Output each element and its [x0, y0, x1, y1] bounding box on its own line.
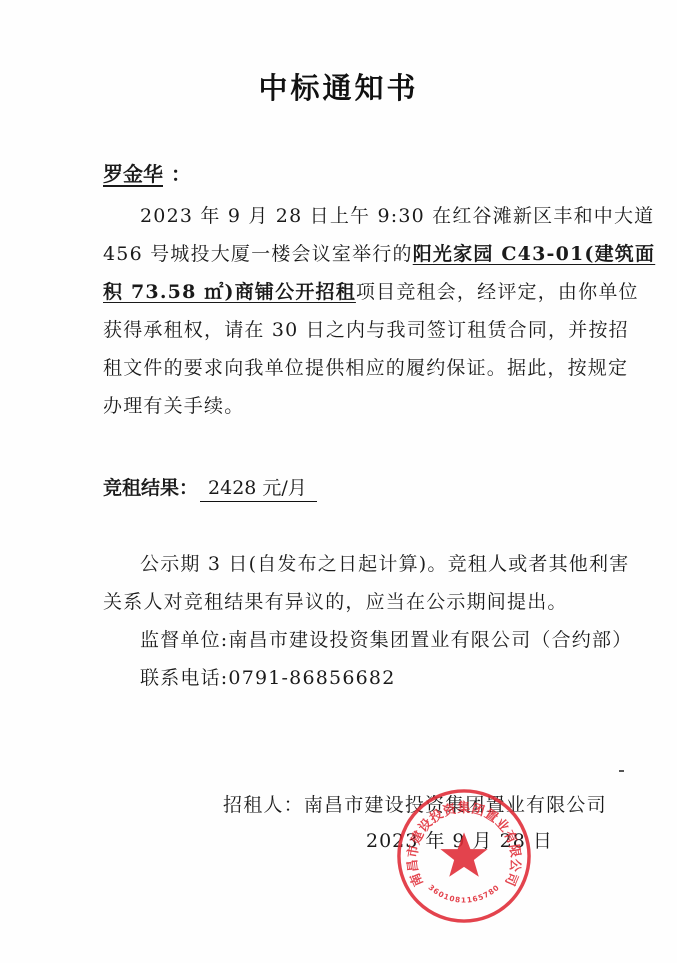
contact-line: 联系电话:0791-86856682 [140, 666, 396, 690]
bid-result: 竞租结果：2428 元/月 [103, 473, 317, 502]
bid-result-value: 2428 元/月 [200, 473, 317, 502]
sign-date: 2023 年 9 月 28 日 [366, 826, 553, 853]
supervisor-value: 南昌市建设投资集团置业有限公司（合约部） [228, 629, 632, 651]
contact-label: 联系电话: [140, 667, 228, 689]
project-name-part-2: 积 73.58 ㎡)商铺公开招租 [103, 281, 356, 303]
signer-label: 招租人： [223, 794, 304, 816]
body-line-6: 办理有关手续。 [103, 394, 244, 418]
bid-result-label: 竞租结果： [103, 477, 198, 499]
document-title: 中标通知书 [0, 66, 677, 107]
supervisor-line: 监督单位:南昌市建设投资集团置业有限公司（合约部） [140, 628, 632, 652]
signer-line: 招租人：南昌市建设投资集团置业有限公司 [223, 790, 607, 817]
body-line-5: 租文件的要求向我单位提供相应的履约保证。据此，按规定 [103, 356, 628, 380]
project-name-part-1: 阳光家园 C43-01(建筑面 [413, 243, 656, 265]
body-line-1: 2023 年 9 月 28 日上午 9:30 在红谷滩新区丰和中大道 [140, 204, 654, 228]
notice-line-2: 关系人对竞租结果有异议的，应当在公示期间提出。 [103, 590, 568, 614]
notice-line-1: 公示期 3 日(自发布之日起计算)。竞租人或者其他利害 [140, 552, 629, 576]
supervisor-label: 监督单位: [140, 629, 228, 651]
seal-code: 3601081165780 [427, 883, 502, 905]
document-page: 中标通知书 罗金华： 2023 年 9 月 28 日上午 9:30 在红谷滩新区… [0, 0, 677, 963]
body-line-2-prefix: 456 号城投大厦一楼会议室举行的 [103, 243, 413, 265]
body-line-2: 456 号城投大厦一楼会议室举行的阳光家园 C43-01(建筑面 [103, 242, 655, 266]
body-line-3: 积 73.58 ㎡)商铺公开招租项目竞租会，经评定，由你单位 [103, 280, 639, 304]
scan-speck [619, 770, 624, 772]
signer-company: 南昌市建设投资集团置业有限公司 [304, 794, 607, 816]
body-line-3-suffix: 项目竞租会，经评定，由你单位 [356, 281, 639, 303]
svg-text:3601081165780: 3601081165780 [427, 883, 502, 905]
recipient-name: 罗金华 [103, 162, 171, 186]
recipient-colon: ： [171, 162, 191, 186]
body-line-4: 获得承租权，请在 30 日之内与我司签订租赁合同，并按招 [103, 318, 629, 342]
contact-phone: 0791-86856682 [228, 667, 395, 689]
recipient-salutation: 罗金华： [103, 158, 191, 187]
